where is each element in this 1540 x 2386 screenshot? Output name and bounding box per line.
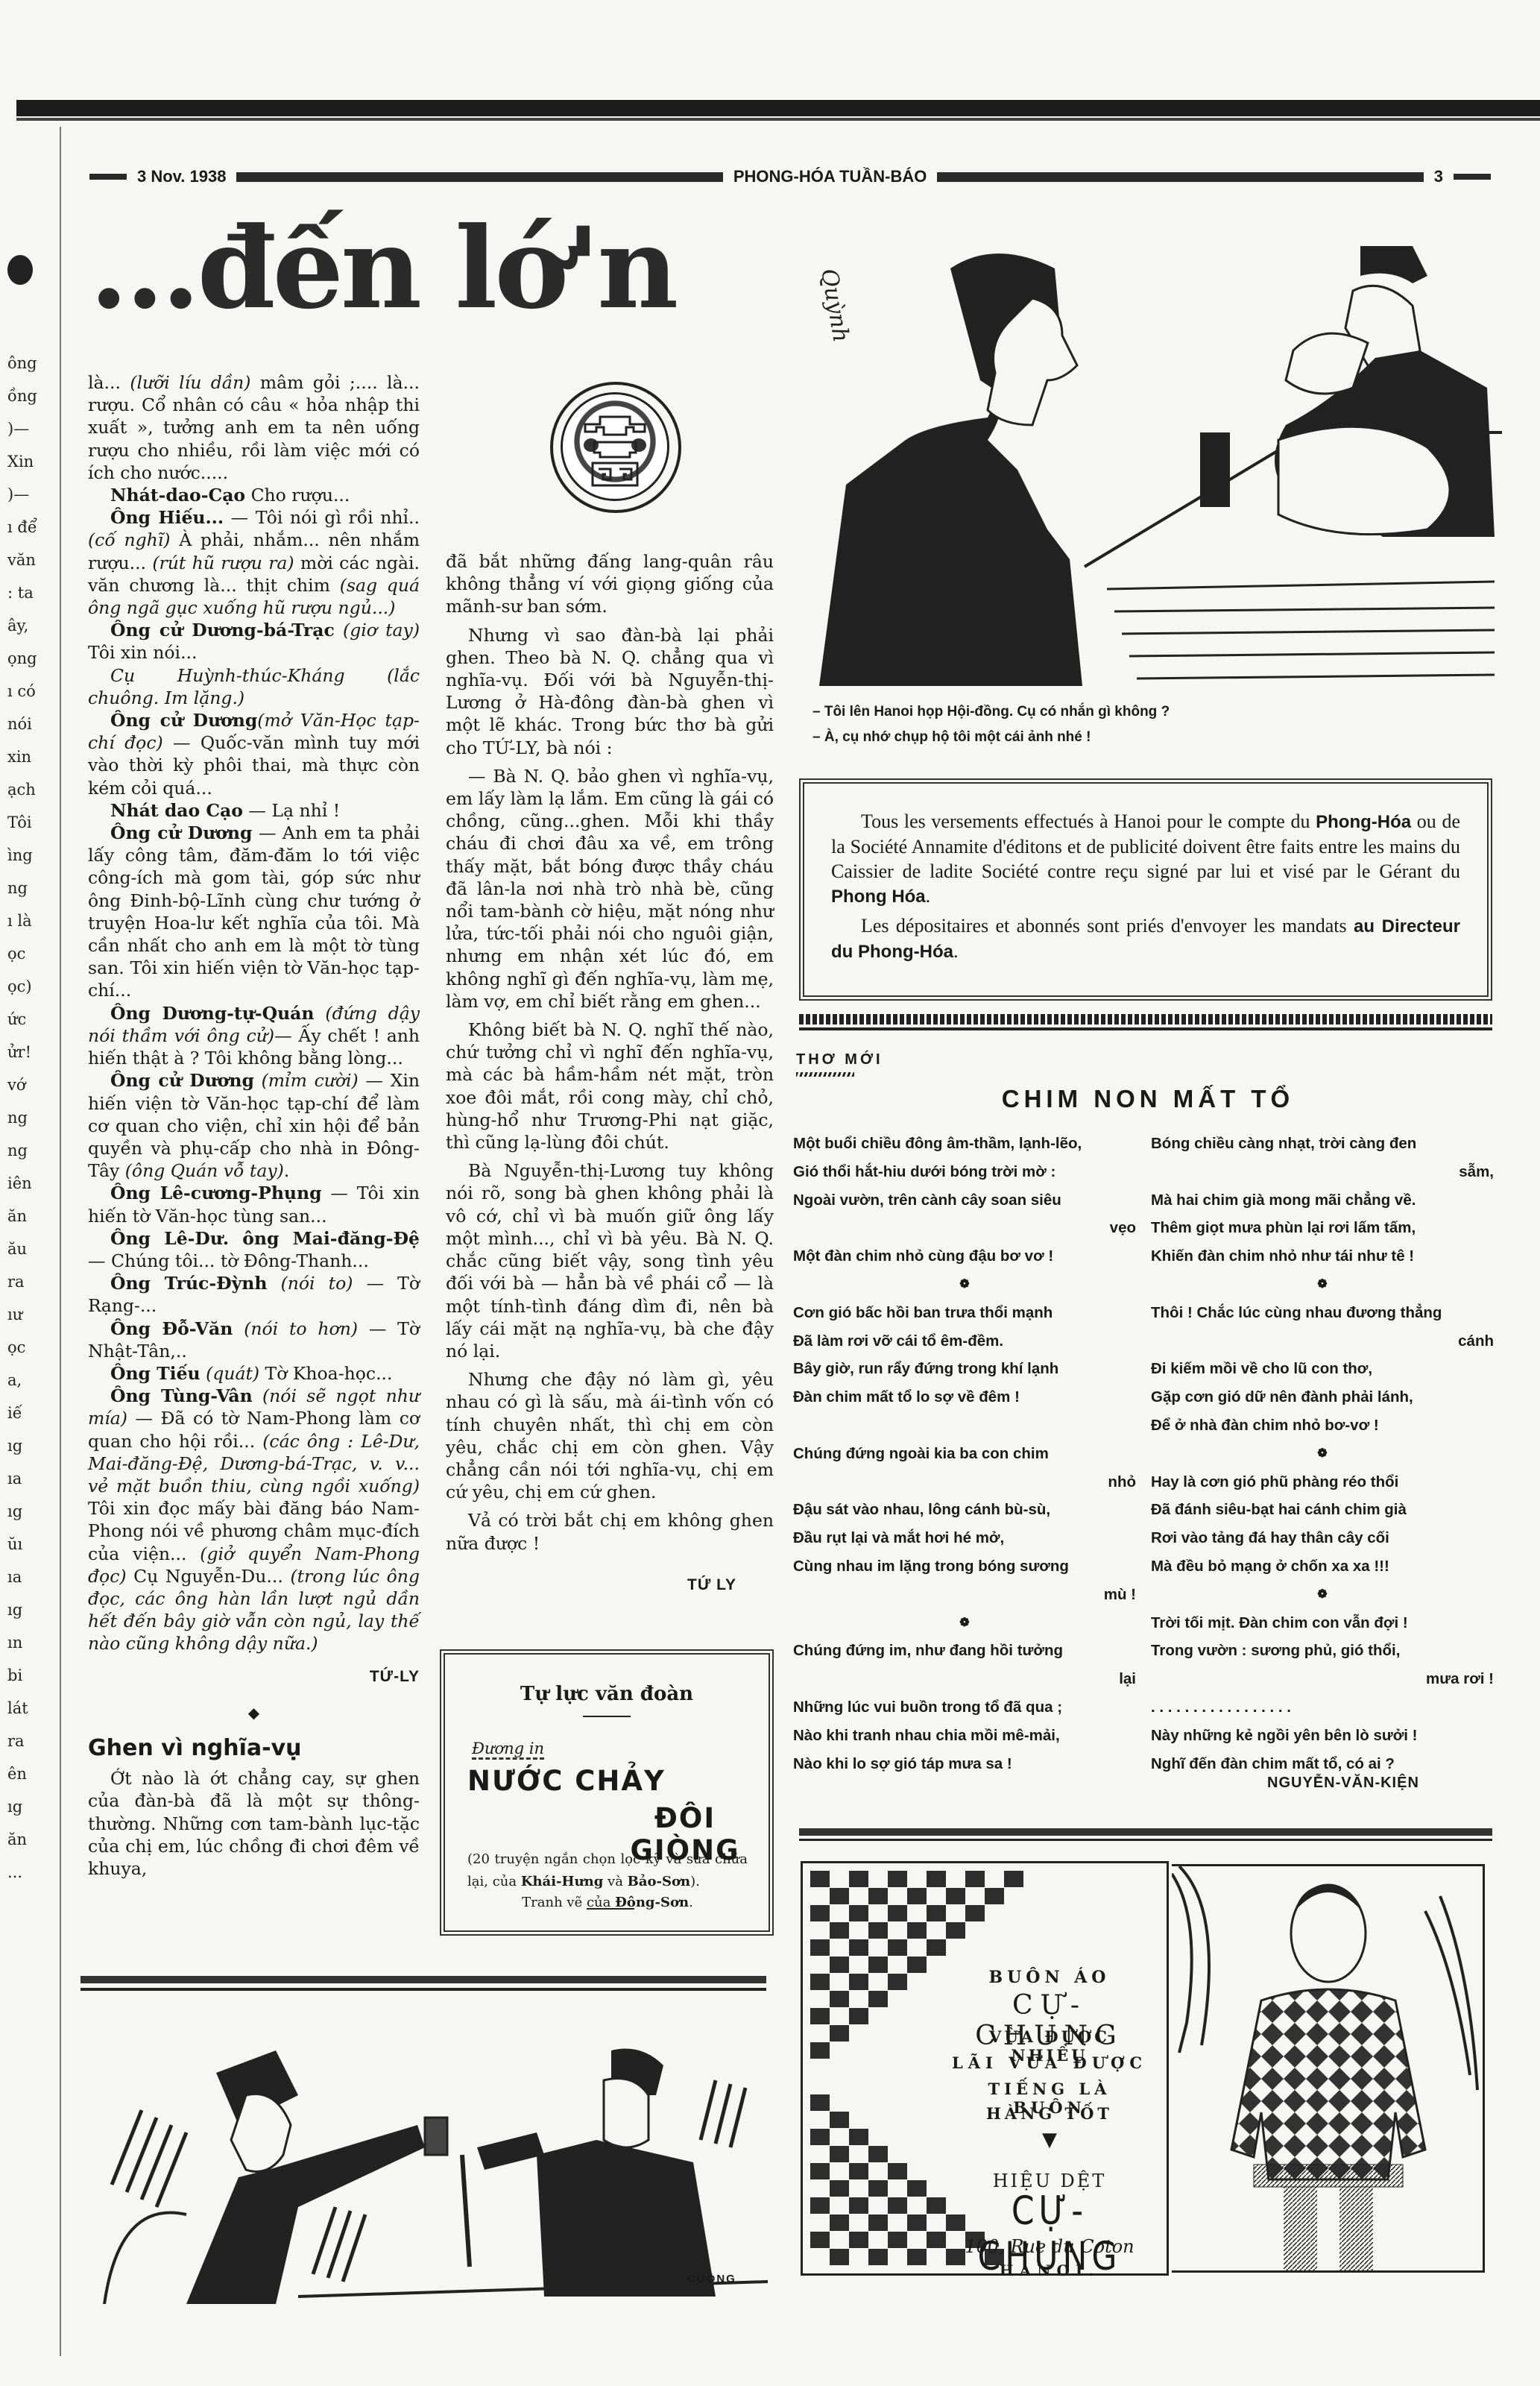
- article-play-paragraph: Ông cử Dương (mỉm cười) — Xin hiến viện …: [88, 1069, 420, 1182]
- checker-square: [830, 2249, 849, 2265]
- man-in-sweater-illustration: [1172, 1866, 1485, 2273]
- seal-inner-ring: [561, 392, 669, 501]
- right-separator-thin: [799, 1839, 1492, 1841]
- phong-hoa-seal-icon: [550, 382, 681, 513]
- poem-section-underline: [796, 1072, 854, 1077]
- neighbor-fragment-line: ău: [7, 1238, 37, 1271]
- article-jealousy-paragraph: đã bắt những đấng lang-quân râu không th…: [446, 550, 774, 618]
- book-ad-rule-bottom: [587, 1908, 634, 1910]
- poem-author: NGUYỄN-VĂN-KIỆN: [1267, 1775, 1419, 1792]
- article-play-paragraph: Cụ Huỳnh-thúc-Kháng (lắc chuông. Im lặng…: [88, 664, 420, 709]
- poem-line: Nghĩ đến đàn chim mất tổ, có ai ?: [1151, 1750, 1494, 1778]
- stanza-ornament-icon: ❁: [1151, 1581, 1494, 1609]
- poem-line: lại: [793, 1665, 1136, 1693]
- page-top-border: [16, 100, 1540, 116]
- neighbor-fragment-line: nói: [7, 713, 37, 746]
- poem-line: Bây giờ, run rẩy đứng trong khí lạnh: [793, 1355, 1136, 1383]
- checker-square: [810, 1871, 830, 1887]
- poem-line: Ngoài vườn, trên cành cây soan siêu: [793, 1186, 1136, 1215]
- neighbor-fragment-line: ửr!: [7, 1041, 37, 1074]
- article-play-paragraph: Ông Lê-Dư. ông Mai-đăng-Đệ — Chúng tôi..…: [88, 1227, 420, 1272]
- article-play-paragraph: Ông cử Dương-bá-Trạc (giơ tay) Tôi xin n…: [88, 619, 420, 664]
- checker-square: [849, 2232, 868, 2248]
- cartoon-top-caption: – Tôi lên Hanoi họp Hội-đồng. Cụ có nhắn…: [812, 699, 1483, 750]
- neighbor-fragment-line: văn: [7, 549, 37, 582]
- checker-square: [868, 2249, 888, 2265]
- header-rule-right: [937, 172, 1423, 182]
- notice-p1-text: Tous les versements effectués à Hanoi po…: [861, 810, 1310, 832]
- checker-square: [830, 2146, 849, 2162]
- poem-line: Này những kẻ ngồi yên bên lò sưởi !: [1151, 1722, 1494, 1750]
- neighbor-fragment-line: ıg: [7, 1500, 37, 1533]
- neighbor-fragment-line: ıg: [7, 1795, 37, 1828]
- book-ad-publisher: Tự lực văn đoàn: [445, 1683, 769, 1705]
- checker-square: [810, 2197, 830, 2214]
- poem-line: [793, 1411, 1136, 1440]
- poem-line: Rơi vào tảng đá hay thân cây cối: [1151, 1524, 1494, 1552]
- right-separator: [799, 1828, 1492, 1836]
- header-dash: [89, 174, 127, 180]
- seal-pattern-icon: [563, 394, 667, 499]
- neighbor-fragment-line: ức: [7, 1008, 37, 1041]
- sweater-ad-city: HANOI.: [949, 2261, 1150, 2279]
- ornament-icon: ◆: [88, 1702, 420, 1724]
- checker-square: [888, 1939, 907, 1956]
- article-jealousy-paragraph: Nhưng vì sao đàn-bà lại phải ghen. Theo …: [446, 624, 774, 759]
- sweater-ad-address: 100, Rue du Coton: [949, 2236, 1150, 2257]
- bottom-separator-thin: [81, 1988, 766, 1991]
- checker-square: [849, 2163, 868, 2179]
- neighbor-fragment-line: ıa: [7, 1467, 37, 1500]
- neighbor-fragment-line: ıư: [7, 1303, 37, 1336]
- checker-square: [810, 2094, 830, 2111]
- poem-line: Thêm giọt mưa phùn lại rơi lấm tấm,: [1151, 1214, 1494, 1242]
- cartoon-caption-line-2: – À, cụ nhớ chụp hộ tôi một cái ảnh nhé …: [812, 725, 1483, 750]
- cartoon-bottom-signature: CUỒNG: [687, 2273, 736, 2285]
- article-jealousy-paragraph: Nhưng che đậy nó làm gì, yêu nhau có gì …: [446, 1368, 774, 1503]
- cartoon-two-men-illustration: Quỳnh: [801, 216, 1502, 686]
- neighbor-fragment-line: ông: [7, 352, 37, 385]
- article-jealousy-body: đã bắt những đấng lang-quân râu không th…: [446, 550, 774, 1555]
- poem-line: Gió thổi hắt-hiu dưới bóng trời mờ :: [793, 1158, 1136, 1186]
- article-jealousy-paragraph: — Bà N. Q. bảo ghen vì nghĩa-vụ, em lấy …: [446, 765, 774, 1013]
- neighbor-fragment-line: ng: [7, 1107, 37, 1139]
- neighbor-fragment-line: )—: [7, 483, 37, 516]
- article-play-signature: TỨ-LY: [88, 1666, 420, 1688]
- poem-line: Khiến đàn chim nhỏ như tái như tê !: [1151, 1242, 1494, 1271]
- checker-square: [810, 2163, 830, 2179]
- neighbor-fragment-line: a,: [7, 1369, 37, 1402]
- checker-square: [830, 2180, 849, 2197]
- bottom-separator: [81, 1976, 766, 1983]
- article-play-paragraph: Ông Tiếu (quát) Tờ Khoa-học...: [88, 1362, 420, 1385]
- checker-square: [849, 1871, 868, 1887]
- poem-line: Nào khi lo sợ gió táp mưa sa !: [793, 1750, 1136, 1778]
- cartoon-caption-line-1: – Tôi lên Hanoi họp Hội-đồng. Cụ có nhắn…: [812, 699, 1483, 725]
- checker-square: [849, 2008, 868, 2024]
- article-jealousy-paragraph: Vả có trời bắt chị em không ghen nữa đượ…: [446, 1509, 774, 1554]
- neighbor-fragment-line: ın: [7, 1631, 37, 1664]
- checker-square: [830, 1922, 849, 1939]
- book-ad-author2: Bảo-Sơn: [628, 1874, 690, 1889]
- poem-line: Đầu rụt lại và mắt hơi hé mở,: [793, 1524, 1136, 1552]
- checker-square: [830, 1957, 849, 1973]
- article-play-paragraph: Ông cử Dương(mở Văn-Học tạp-chí đọc) — Q…: [88, 709, 420, 799]
- neighbor-fragment-line: ra: [7, 1730, 37, 1763]
- article-play-paragraph: Ông Dương-tự-Quán (đứng dậy nói thầm với…: [88, 1002, 420, 1070]
- page-top-border-thin: [16, 118, 1540, 121]
- book-ad-desc-end: ).: [690, 1874, 700, 1889]
- sweater-ad-line3: LÃI VỪA ĐƯỢC: [949, 2053, 1150, 2072]
- article-play-body: là... (lưỡi líu dần) mâm gỏi ;.... là...…: [88, 371, 420, 1655]
- poem-line: Những lúc vui buồn trong tổ đã qua ;: [793, 1693, 1136, 1722]
- header-page-number: 3: [1434, 167, 1443, 186]
- checker-square: [946, 1922, 965, 1939]
- neighbor-fragment-line: ...: [7, 1861, 37, 1894]
- checker-square: [888, 1905, 907, 1921]
- checker-square: [965, 1905, 985, 1921]
- poem-line: Mà hai chim già mong mãi chẳng về.: [1151, 1186, 1494, 1215]
- article-jealousy-paragraph: Không biết bà N. Q. nghĩ thế nào, chứ tư…: [446, 1019, 774, 1153]
- notice-paragraph-1: Tous les versements effectués à Hanoi po…: [831, 809, 1460, 909]
- checker-square: [868, 1991, 888, 2007]
- checker-square: [849, 1905, 868, 1921]
- neighbor-fragment-line: ı là: [7, 910, 37, 942]
- checker-square: [810, 2232, 830, 2248]
- article-play-paragraph: Ông Hiếu... — Tôi nói gì rồi nhỉ.. (cố n…: [88, 506, 420, 619]
- checker-square: [888, 1974, 907, 1990]
- poem-line: Trời tối mịt. Đàn chim con vẫn đợi !: [1151, 1609, 1494, 1637]
- checker-square: [810, 1939, 830, 1956]
- poem-left-column: Một buổi chiều đông âm-thầm, lạnh-lẽo,Gi…: [793, 1130, 1136, 1778]
- stanza-ornament-icon: ❁: [793, 1271, 1136, 1299]
- cartoon-top-illustration: Quỳnh: [801, 216, 1502, 686]
- article-jealousy-paragraph: Bà Nguyễn-thị-Lương tuy không nói rõ, so…: [446, 1159, 774, 1362]
- checker-square: [907, 1888, 927, 1904]
- neighbor-fragment-line: ı để: [7, 516, 37, 549]
- poem-line: Trong vườn : sương phủ, gió thổi,: [1151, 1637, 1494, 1665]
- neighbor-fragment-line: ıa: [7, 1566, 37, 1599]
- checker-square: [810, 2042, 830, 2059]
- book-ad-illus-end: .: [689, 1895, 693, 1910]
- poem-line: Một buổi chiều đông âm-thầm, lạnh-lẽo,: [793, 1130, 1136, 1158]
- neighbor-fragment-line: Tôi: [7, 811, 37, 844]
- neighbor-fragment-line: iên: [7, 1172, 37, 1205]
- checker-square: [810, 2129, 830, 2145]
- poem-line: sẫm,: [1151, 1158, 1494, 1186]
- checker-square: [907, 2180, 927, 2197]
- neighbor-fragment-line: iế: [7, 1402, 37, 1435]
- article-jealousy-title: Ghen vì nghĩa-vụ: [88, 1737, 420, 1760]
- cartoon-toast-illustration: [15, 2006, 775, 2304]
- book-ad-author1: Khái-Hưng: [521, 1874, 603, 1889]
- neighbor-fragment-line: ı có: [7, 680, 37, 713]
- decorative-rule: [799, 1014, 1492, 1024]
- checker-square: [830, 1888, 849, 1904]
- neighbor-fragment-line: )—: [7, 418, 37, 450]
- notice-p1-bold1: Phong-Hóa: [1316, 812, 1411, 832]
- neighbor-fragment-line: ng: [7, 1139, 37, 1172]
- checker-square: [888, 2232, 907, 2248]
- sweater-ad-line1: BUÔN ÁO: [949, 1968, 1150, 1987]
- poem-line: mù !: [793, 1581, 1136, 1609]
- poem-line: nhỏ: [793, 1468, 1136, 1496]
- neighbor-fragment-line: ạch: [7, 778, 37, 811]
- poem-line: Đã đánh siêu-bạt hai cánh chim già: [1151, 1496, 1494, 1524]
- checker-square: [868, 1888, 888, 1904]
- sweater-ad-line5: HÀNG TỐT: [949, 2104, 1150, 2123]
- checker-square: [927, 1939, 946, 1956]
- neighbor-fragment-line: ây,: [7, 614, 37, 647]
- header-rule-left: [236, 172, 722, 182]
- sweater-man-illustration: [1172, 1864, 1485, 2273]
- neighbor-fragment-line: lát: [7, 1697, 37, 1730]
- checker-square: [985, 1888, 1004, 1904]
- neighbor-fragment-line: ŭı: [7, 1533, 37, 1566]
- poem-line: Đi kiếm mồi về cho lũ con thơ,: [1151, 1355, 1494, 1383]
- article-play-column: là... (lưỡi líu dần) mâm gỏi ;.... là...…: [88, 371, 420, 1880]
- neighbor-fragment-line: ọng: [7, 647, 37, 680]
- headline: ...đến lớ'n: [89, 205, 775, 332]
- header-dash-right: [1454, 174, 1491, 180]
- poem-line: Đậu sát vào nhau, lông cánh bù-sù,: [793, 1496, 1136, 1524]
- notice-paragraph-2: Les dépositaires et abonnés sont priés d…: [831, 913, 1460, 964]
- checker-square: [965, 1871, 985, 1887]
- checker-square: [849, 2197, 868, 2214]
- header-date: 3 Nov. 1938: [137, 167, 226, 186]
- poem-line: Cùng nhau im lặng trong bóng sương: [793, 1552, 1136, 1581]
- poem-line: Gặp cơn gió dữ nên đành phải lánh,: [1151, 1383, 1494, 1411]
- cartoon-bottom-illustration: [15, 2006, 775, 2304]
- neighbor-fragment-line: Xin: [7, 450, 37, 483]
- poem-title: CHIM NON MẤT TỔ: [805, 1085, 1491, 1113]
- neighbor-fragment-line: ìng: [7, 844, 37, 877]
- notice-p2-text: Les dépositaires et abonnés sont priés d…: [861, 915, 1354, 937]
- poem-section-label: THƠ MỚI: [796, 1051, 883, 1068]
- neighbor-fragment-line: xin: [7, 746, 37, 778]
- article-play-paragraph: Nhát dao Cạo — Lạ nhỉ !: [88, 799, 420, 822]
- neighbor-fragment-line: ra: [7, 1271, 37, 1303]
- poem-line: Nào khi tranh nhau chia mồi mê-mải,: [793, 1722, 1136, 1750]
- checker-square: [830, 2112, 849, 2128]
- poem-line: Đã làm rơi vỡ cái tổ êm-đềm.: [793, 1327, 1136, 1356]
- poem-line: cánh: [1151, 1327, 1494, 1356]
- checker-square: [888, 2197, 907, 2214]
- checker-square: [849, 2129, 868, 2145]
- running-header: 3 Nov. 1938 PHONG-HÓA TUẦN-BÁO 3: [89, 166, 1491, 188]
- checker-square: [1004, 1871, 1023, 1887]
- notice-p1-bold2: Phong Hóa: [831, 887, 926, 907]
- stanza-ornament-icon: ❁: [1151, 1271, 1494, 1299]
- checker-square: [907, 1922, 927, 1939]
- poem-line: Bóng chiều càng nhạt, trời càng đen: [1151, 1130, 1494, 1158]
- checker-square: [927, 1871, 946, 1887]
- neighbor-fragment-line: ıg: [7, 1599, 37, 1631]
- checker-square: [849, 1974, 868, 1990]
- poem-line: Chúng đứng im, như đang hồi tưởng: [793, 1637, 1136, 1665]
- book-ad-rule: [583, 1716, 631, 1717]
- neighbor-fragment-line: ọc: [7, 1336, 37, 1369]
- notice-p1-end: .: [926, 885, 931, 907]
- neighbor-fragment-line: ên: [7, 1763, 37, 1795]
- article-play-paragraph: Ông Tùng-Vân (nói sẽ ngọt như mía) — Đã …: [88, 1385, 420, 1655]
- article-jealousy-signature: TỨ LY: [446, 1574, 774, 1596]
- decorative-rule-thin: [799, 1027, 1492, 1030]
- checker-square: [927, 2197, 946, 2214]
- checker-square: [830, 2025, 849, 2042]
- neighbor-fragment-line: ọc): [7, 975, 37, 1008]
- sweater-ad-arrow-icon: ▼: [949, 2129, 1150, 2151]
- header-publication: PHONG-HÓA TUẦN-BÁO: [733, 167, 927, 186]
- neighbor-fragment-line: : ta: [7, 582, 37, 614]
- poem-right-column: Bóng chiều càng nhạt, trời càng đensẫm,M…: [1151, 1130, 1494, 1778]
- checker-square: [888, 2163, 907, 2179]
- checker-square: [849, 1939, 868, 1956]
- article-play-paragraph: Ông Đỗ-Văn (nói to hơn) — Tờ Nhật-Tân,..: [88, 1318, 420, 1362]
- article-play-paragraph: là... (lưỡi líu dần) mâm gỏi ;.... là...…: [88, 371, 420, 484]
- checker-square: [830, 1991, 849, 2007]
- neighbor-fragment-line: ıg: [7, 1435, 37, 1467]
- notice-p2-end: .: [953, 940, 959, 962]
- book-ad-description: (20 truyện ngắn chọn lọc kỹ và sửa chữa …: [467, 1848, 748, 1893]
- checker-square: [907, 2249, 927, 2265]
- checker-square: [927, 1905, 946, 1921]
- book-ad-desc-mid: và: [603, 1874, 627, 1889]
- neighbor-fragment-line: ồng: [7, 385, 37, 418]
- neighbor-fragment-line: ọc: [7, 942, 37, 975]
- book-ad-title-line1: NƯỚC CHẢY: [467, 1765, 666, 1797]
- checker-square: [868, 2146, 888, 2162]
- checker-square: [927, 2232, 946, 2248]
- neighbor-fragment-line: bi: [7, 1664, 37, 1697]
- checker-square: [810, 1905, 830, 1921]
- checker-square: [907, 2215, 927, 2231]
- poem-line: Để ở nhà đàn chim nhỏ bơ-vơ !: [1151, 1411, 1494, 1440]
- stanza-ornament-icon: ❁: [1151, 1440, 1494, 1468]
- article-jealousy-column: đã bắt những đấng lang-quân râu không th…: [446, 550, 774, 1596]
- poem-line: Một đàn chim nhỏ cùng đậu bơ vơ !: [793, 1242, 1136, 1271]
- checker-square: [868, 1922, 888, 1939]
- neighbor-page-fragment: ôngồng)—Xin)—ı đểvăn: taây,ọngı cónóixin…: [7, 344, 37, 1894]
- article-jealousy-col1: Ớt nào là ớt chẳng cay, sự ghen của đàn-…: [88, 1767, 420, 1880]
- neighbor-fragment-line: ng: [7, 877, 37, 910]
- poem-line: vẹo: [793, 1214, 1136, 1242]
- neighbor-page-text: ôngồng)—Xin)—ı đểvăn: taây,ọngı cónóixin…: [7, 352, 37, 1894]
- article-play-paragraph: Ông cử Dương — Anh em ta phải lấy công t…: [88, 822, 420, 1002]
- poem-line: . . . . . . . . . . . . . . . . .: [1151, 1693, 1494, 1722]
- article-play-paragraph: Ông Lê-cương-Phụng — Tôi xin hiến tờ Văn…: [88, 1182, 420, 1227]
- checker-square: [868, 1957, 888, 1973]
- poem-line: Đàn chim mất tổ lo sợ về đêm !: [793, 1383, 1136, 1411]
- article-play-paragraph: Nhát-dao-Cạo Cho rượu...: [88, 484, 420, 506]
- stanza-ornament-icon: ❁: [793, 1609, 1136, 1637]
- checker-square: [888, 1871, 907, 1887]
- book-ad-status: Đương in: [472, 1740, 544, 1760]
- sweater-ad-box: BUÔN ÁO CỰ-CHUNG VỪA ĐƯỢC NHIỀU LÃI VỪA …: [801, 1861, 1169, 2276]
- poem-line: mưa rơi !: [1151, 1665, 1494, 1693]
- checker-square: [810, 1974, 830, 1990]
- payment-notice-box: Tous les versements effectués à Hanoi po…: [799, 778, 1492, 1001]
- checker-square: [907, 1957, 927, 1973]
- checker-square: [830, 2215, 849, 2231]
- poem-line: Thôi ! Chắc lúc cùng nhau đương thẳng: [1151, 1299, 1494, 1327]
- checker-square: [868, 2180, 888, 2197]
- checker-square: [868, 2215, 888, 2231]
- book-ad-box: Tự lực văn đoàn Đương in NƯỚC CHẢY ĐÔI G…: [440, 1649, 774, 1936]
- neighbor-fragment-line: ăn: [7, 1205, 37, 1238]
- poem-line: Mà đều bỏ mạng ở chốn xa xa !!!: [1151, 1552, 1494, 1581]
- poem-line: Cơn gió bấc hồi ban trưa thổi mạnh: [793, 1299, 1136, 1327]
- checker-square: [946, 1888, 965, 1904]
- poem-line: Hay là cơn gió phũ phàng réo thổi: [1151, 1468, 1494, 1496]
- neighbor-fragment-line: vớ: [7, 1074, 37, 1107]
- article-play-paragraph: Ông Trúc-Đỳnh (nói to) — Tờ Rạng-...: [88, 1272, 420, 1317]
- checker-square: [810, 2008, 830, 2024]
- cartoon-top-signature: Quỳnh: [815, 267, 854, 344]
- poem-line: Chúng đứng ngoài kia ba con chim: [793, 1440, 1136, 1468]
- neighbor-fragment-line: ăn: [7, 1828, 37, 1861]
